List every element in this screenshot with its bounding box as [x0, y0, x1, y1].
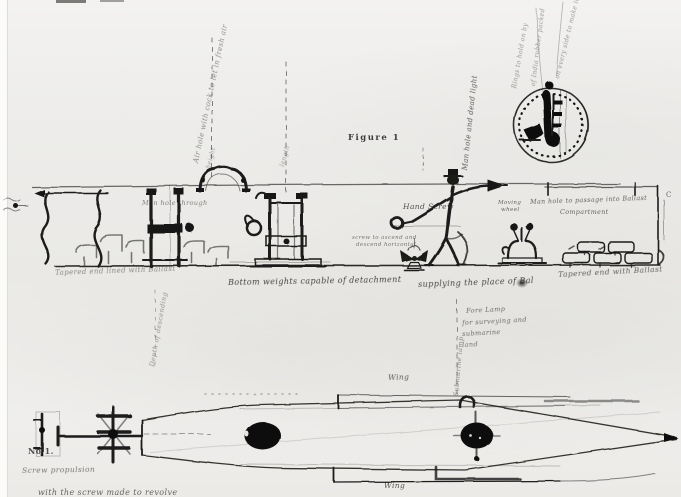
annotation-screw-note-1: screw to ascend and — [352, 235, 417, 241]
sketch-canvas — [0, 0, 681, 497]
central-pump-sketch — [245, 193, 326, 266]
scanned-submarine-drawing: Air hole with cock to let in fresh air R… — [0, 0, 681, 497]
annotation-corner-2: with the screw made to revolve — [38, 488, 178, 497]
crewman-figure-sketch — [392, 169, 509, 265]
annotation-wing-bottom: Wing — [384, 482, 405, 491]
annotation-screw-note-2: descend horizontal — [356, 242, 416, 248]
bow-scroll-sketch — [14, 189, 109, 266]
dome-hatch-detail-drawing — [514, 81, 589, 162]
construction-lines — [4, 2, 563, 398]
ballast-bricks-sketch — [563, 242, 652, 267]
deck-arch-sketch — [196, 167, 250, 192]
annotation-moving-2: wheel — [501, 207, 520, 213]
annotation-wing-top: Wing — [388, 373, 410, 382]
annotation-manhole-ballast-2: Compartment — [560, 209, 609, 216]
side-elevation-drawing — [14, 167, 665, 270]
annotation-moving-1: Moving — [498, 200, 521, 206]
annotation-hand-screw: Hand Screw — [403, 203, 454, 212]
annotation-number: No 1. — [28, 447, 54, 456]
annotation-c-mark: C — [666, 191, 672, 199]
hatch-blobs — [245, 412, 500, 462]
plan-view-drawing — [34, 394, 678, 482]
ink-blot — [516, 278, 528, 288]
annotation-manhole-through: Man hole through — [142, 200, 208, 207]
air-pump-sketch — [498, 223, 546, 263]
annotation-corner-1: Screw propulsion — [22, 466, 95, 476]
figure-label: Figure 1 — [348, 133, 400, 143]
